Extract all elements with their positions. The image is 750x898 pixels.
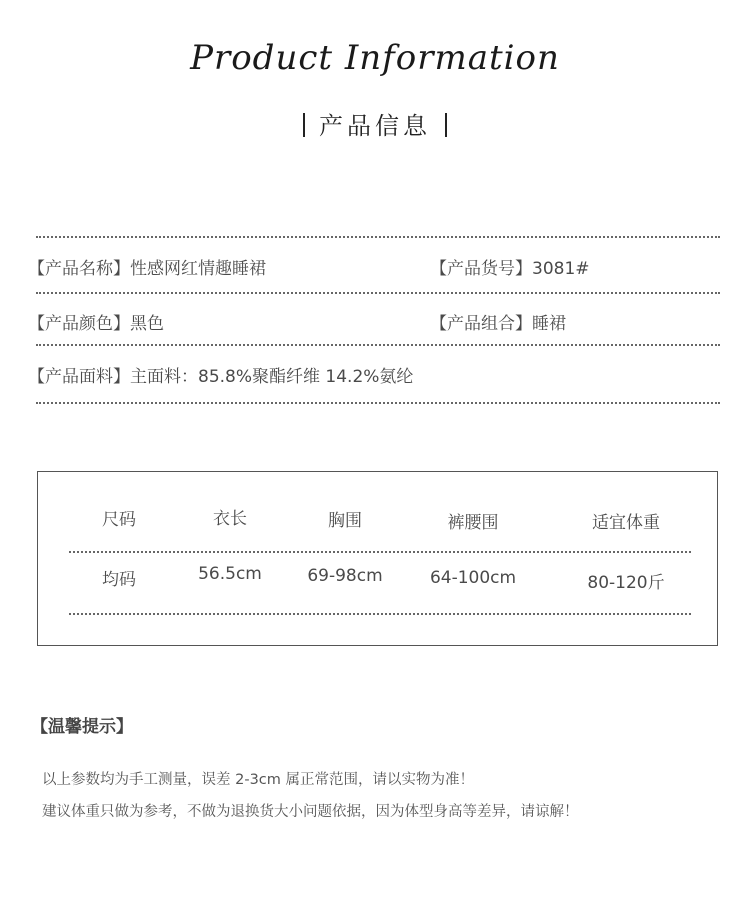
tip-line-2: 建议体重只做为参考，不做为退换货大小问题依据，因为体型身高等差异，请谅解！ [42, 800, 579, 821]
divider [36, 236, 720, 238]
section-title-text: 产品信息 [319, 112, 431, 140]
product-name-label: 【产品名称】 [28, 259, 130, 279]
product-combo-value: 睡裙 [532, 314, 566, 334]
product-sku-row: 【产品货号】3081# [430, 254, 590, 279]
table-cell-waist: 64-100cm [403, 568, 543, 588]
product-name-value: 性感网红情趣睡裙 [130, 259, 266, 279]
title-bar-right [445, 113, 447, 137]
script-title: Product Information [0, 38, 750, 78]
section-title: 产品信息 [0, 106, 750, 141]
product-name-row: 【产品名称】性感网红情趣睡裙 [28, 254, 266, 279]
product-fabric-value: 主面料：85.8%聚酯纤维 14.2%氨纶 [130, 367, 413, 387]
table-divider [69, 551, 691, 553]
product-combo-label: 【产品组合】 [430, 314, 532, 334]
table-header-weight: 适宜体重 [556, 508, 696, 533]
tip-line-1: 以上参数均为手工测量，误差 2-3cm 属正常范围，请以实物为准！ [42, 768, 474, 789]
product-sku-label: 【产品货号】 [430, 259, 532, 279]
divider [36, 292, 720, 294]
product-color-label: 【产品颜色】 [28, 314, 130, 334]
tips-title: 【温馨提示】 [31, 712, 133, 737]
table-header-bust: 胸围 [275, 506, 415, 531]
product-color-row: 【产品颜色】黑色 [28, 309, 164, 334]
size-table: 尺码 衣长 胸围 裤腰围 适宜体重 均码 56.5cm 69-98cm 64-1… [37, 471, 718, 646]
product-fabric-row: 【产品面料】主面料：85.8%聚酯纤维 14.2%氨纶 [28, 362, 413, 387]
table-cell-bust: 69-98cm [275, 566, 415, 586]
product-sku-value: 3081# [532, 259, 590, 279]
product-fabric-label: 【产品面料】 [28, 367, 130, 387]
divider [36, 402, 720, 404]
product-color-value: 黑色 [130, 314, 164, 334]
table-divider [69, 613, 691, 615]
product-combo-row: 【产品组合】睡裙 [430, 309, 566, 334]
table-header-waist: 裤腰围 [403, 508, 543, 533]
title-bar-left [303, 113, 305, 137]
table-cell-weight: 80-120斤 [556, 568, 696, 593]
divider [36, 344, 720, 346]
